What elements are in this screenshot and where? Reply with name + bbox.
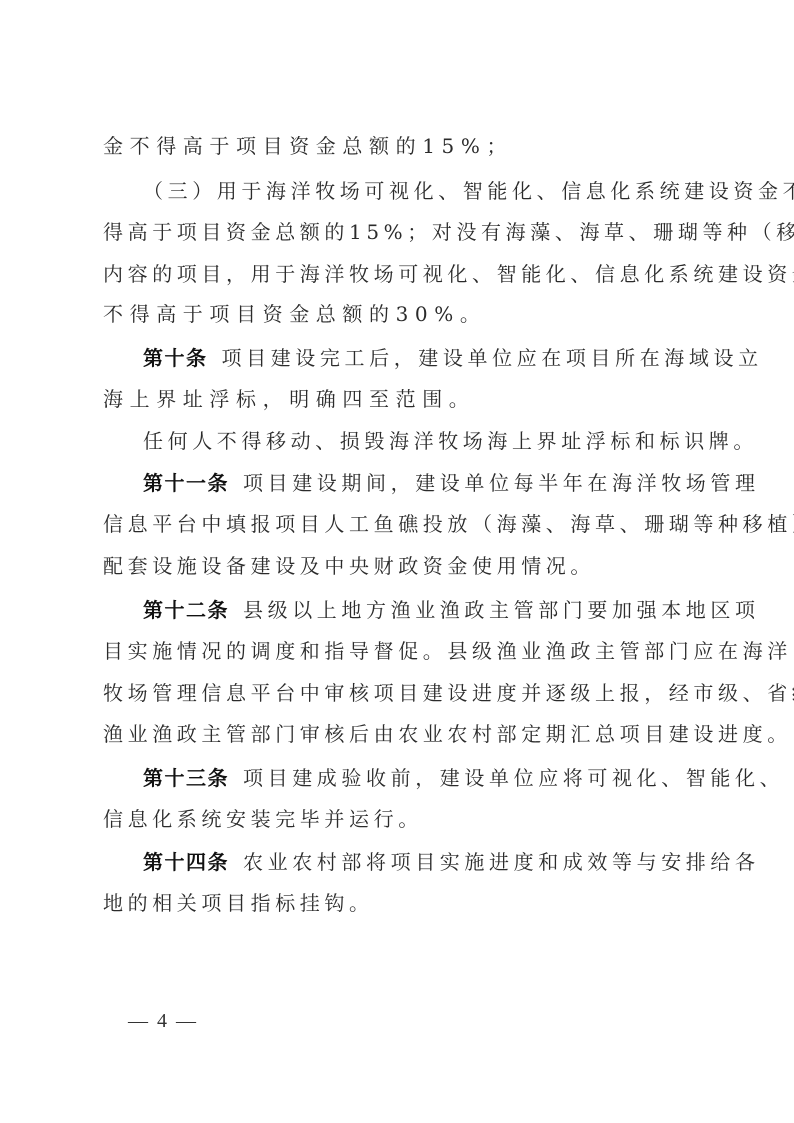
page-number: — 4 — <box>128 1010 198 1033</box>
line-text: 目实施情况的调度和指导督促。县级渔业渔政主管部门应在海洋 <box>103 639 792 663</box>
line-text: 牧场管理信息平台中审核项目建设进度并逐级上报，经市级、省级 <box>103 681 794 705</box>
article-13-line: 第十三条项目建成验收前，建设单位应将可视化、智能化、 <box>143 765 743 791</box>
line-text: （三）用于海洋牧场可视化、智能化、信息化系统建设资金不 <box>143 179 794 203</box>
line-text: 内容的项目，用于海洋牧场可视化、智能化、信息化系统建设资金 <box>103 262 794 286</box>
paragraph-line: 不得高于项目资金总额的30%。 <box>103 301 703 327</box>
paragraph-line: （三）用于海洋牧场可视化、智能化、信息化系统建设资金不 <box>143 178 743 204</box>
paragraph-line: 任何人不得移动、损毁海洋牧场海上界址浮标和标识牌。 <box>143 428 743 454</box>
article-heading: 第十一条 <box>143 471 229 495</box>
article-heading: 第十条 <box>143 346 208 370</box>
line-text: 得高于项目资金总额的15%；对没有海藻、海草、珊瑚等种（移）植 <box>103 220 794 244</box>
line-text: 项目建成验收前，建设单位应将可视化、智能化、 <box>243 766 784 790</box>
paragraph-line: 渔业渔政主管部门审核后由农业农村部定期汇总项目建设进度。 <box>103 721 703 747</box>
document-page: 金不得高于项目资金总额的15%； （三）用于海洋牧场可视化、智能化、信息化系统建… <box>0 0 794 1123</box>
paragraph-line: 地的相关项目指标挂钩。 <box>103 890 703 916</box>
article-10-line: 第十条项目建设完工后，建设单位应在项目所在海域设立 <box>143 345 743 371</box>
paragraph-line: 配套设施设备建设及中央财政资金使用情况。 <box>103 553 703 579</box>
paragraph-line: 信息化系统安装完毕并运行。 <box>103 806 703 832</box>
line-text: 任何人不得移动、损毁海洋牧场海上界址浮标和标识牌。 <box>143 429 758 453</box>
paragraph-line: 牧场管理信息平台中审核项目建设进度并逐级上报，经市级、省级 <box>103 680 703 706</box>
article-heading: 第十四条 <box>143 850 229 874</box>
article-heading: 第十二条 <box>143 598 229 622</box>
line-text: 渔业渔政主管部门审核后由农业农村部定期汇总项目建设进度。 <box>103 722 792 746</box>
paragraph-line: 得高于项目资金总额的15%；对没有海藻、海草、珊瑚等种（移）植 <box>103 219 703 245</box>
article-12-line: 第十二条县级以上地方渔业渔政主管部门要加强本地区项 <box>143 597 743 623</box>
article-14-line: 第十四条农业农村部将项目实施进度和成效等与安排给各 <box>143 849 743 875</box>
line-text: 信息化系统安装完毕并运行。 <box>103 807 423 831</box>
line-text: 海上界址浮标，明确四至范围。 <box>103 387 475 411</box>
paragraph-line: 海上界址浮标，明确四至范围。 <box>103 386 703 412</box>
line-text: 地的相关项目指标挂钩。 <box>103 891 374 915</box>
article-11-line: 第十一条项目建设期间，建设单位每半年在海洋牧场管理 <box>143 470 743 496</box>
paragraph-line: 金不得高于项目资金总额的15%； <box>103 133 703 159</box>
paragraph-line: 目实施情况的调度和指导督促。县级渔业渔政主管部门应在海洋 <box>103 638 703 664</box>
line-text: 不得高于项目资金总额的30%。 <box>103 302 486 326</box>
article-heading: 第十三条 <box>143 766 229 790</box>
line-text: 信息平台中填报项目人工鱼礁投放（海藻、海草、珊瑚等种移植）、 <box>103 512 794 536</box>
paragraph-line: 内容的项目，用于海洋牧场可视化、智能化、信息化系统建设资金 <box>103 261 703 287</box>
line-text: 县级以上地方渔业渔政主管部门要加强本地区项 <box>243 598 760 622</box>
line-text: 金不得高于项目资金总额的15%； <box>103 134 513 158</box>
line-text: 配套设施设备建设及中央财政资金使用情况。 <box>103 554 595 578</box>
paragraph-line: 信息平台中填报项目人工鱼礁投放（海藻、海草、珊瑚等种移植）、 <box>103 511 703 537</box>
line-text: 农业农村部将项目实施进度和成效等与安排给各 <box>243 850 760 874</box>
line-text: 项目建设期间，建设单位每半年在海洋牧场管理 <box>243 471 760 495</box>
line-text: 项目建设完工后，建设单位应在项目所在海域设立 <box>222 346 763 370</box>
